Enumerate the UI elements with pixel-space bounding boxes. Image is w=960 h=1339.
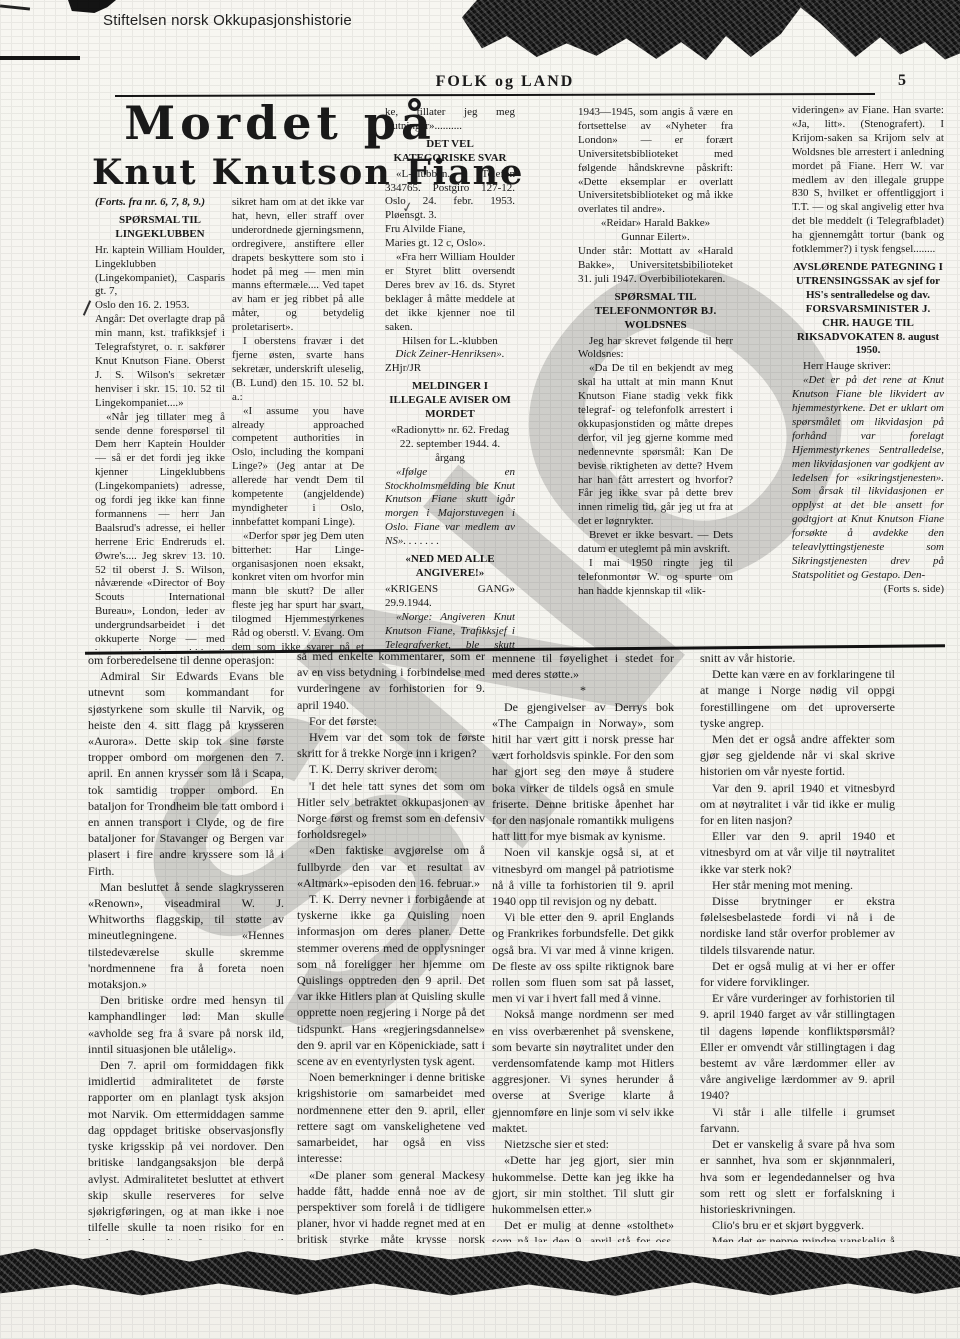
top-column-3: ke, tillater jeg meg slutninger»........… xyxy=(385,106,515,652)
paragraph: «Det er på det rene at Knut Knutson Fian… xyxy=(792,374,944,583)
paragraph: «Derfor spør jeg Dem uten bitterhet: Har… xyxy=(232,530,364,652)
paragraph: (Forts. fra nr. 6, 7, 8, 9.) xyxy=(95,196,225,210)
paragraph: Dick Zeiner-Henriksen». xyxy=(385,348,515,362)
stray-pen-mark xyxy=(83,300,91,315)
paragraph: De gjengivelser av Derrys bok «The Campa… xyxy=(492,699,674,845)
paragraph: SPØRSMAL TIL TELEFONMONTØR BJ. WOLDSNES xyxy=(578,291,733,333)
paragraph: SPØRSMAL TIL LINGEKLUBBEN xyxy=(95,214,225,242)
paragraph: Fru Alvilde Fiane, xyxy=(385,223,515,237)
paragraph: Under står: Mottatt av «Harald Bakke», U… xyxy=(578,245,733,287)
paragraph: * xyxy=(492,682,674,698)
bottom-column-3: mennene til føyelighet i stedet for med … xyxy=(492,650,674,1242)
paragraph: Angår: Det overlagte drap på min mann, k… xyxy=(95,313,225,410)
paragraph: «Norge: Angiveren Knut Knutson Fiane, Tr… xyxy=(385,611,515,652)
top-column-5: videringen» av Fiane. Han svarte: «Ja, l… xyxy=(792,104,944,642)
paragraph: snitt av vår historie. xyxy=(700,650,895,666)
paragraph: ke, tillater jeg meg slutninger»........… xyxy=(385,106,515,134)
masthead-title: FOLK og LAND xyxy=(390,73,620,91)
paragraph: Vi står i alle tilfelle i grumset farvan… xyxy=(700,1104,895,1136)
paragraph: T. K. Derry skriver derom: xyxy=(297,761,485,777)
bottom-column-4: snitt av vår historie.Dette kan være en … xyxy=(700,650,895,1242)
paragraph: «Radionytt» nr. 62. Fredag 22. september… xyxy=(385,424,515,466)
scan-edge-mark xyxy=(0,4,30,10)
paragraph: Jeg har skrevet følgende til herr Woldsn… xyxy=(578,335,733,363)
paragraph: Er våre vurderinger av forhistorien til … xyxy=(700,990,895,1103)
top-column-4: 1943—1945, som angis å være en fortsette… xyxy=(578,106,733,654)
paragraph: «Reidar» Harald Bakke» xyxy=(578,217,733,231)
paragraph: «Når jeg tillater meg å sende denne fore… xyxy=(95,411,225,650)
paragraph: I mai 1950 ringte jeg til telefonmontør … xyxy=(578,557,733,599)
paragraph: om forberedelsene til denne operasjon: xyxy=(88,652,284,668)
paragraph: «Den faktiske avgjørelse om å fullbyrde … xyxy=(297,842,485,891)
paragraph: Nietzsche sier et sted: xyxy=(492,1136,674,1152)
paragraph: Nokså mange nordmenn ser med en viss ove… xyxy=(492,1006,674,1136)
paragraph: Brevet er ikke besvart. — Dets datum er … xyxy=(578,529,733,557)
scanned-newspaper-page: Stiftelsen norsk Okkupasjonshistorie FOL… xyxy=(0,0,960,1339)
paragraph: «KRIGENS GANG» 29.9.1944. xyxy=(385,583,515,611)
paragraph: videringen» av Fiane. Han svarte: «Ja, l… xyxy=(792,104,944,257)
paragraph: Admiral Sir Edwards Evans ble utnevnt so… xyxy=(88,668,284,879)
paragraph: «Dette har jeg gjort, sier min hukommels… xyxy=(492,1152,674,1217)
paragraph: Hvem var det som tok de første skritt fo… xyxy=(297,729,485,761)
paragraph: DET VEL KATEGORISKE SVAR xyxy=(385,138,515,166)
paragraph: Clio's bru er et skjørt byggverk. xyxy=(700,1217,895,1233)
top-column-1: (Forts. fra nr. 6, 7, 8, 9.)SPØRSMAL TIL… xyxy=(95,196,225,650)
paragraph: «De planer som general Mackesy hadde fåt… xyxy=(297,1167,485,1245)
paragraph: «Da De til en bekjendt av meg skal ha ut… xyxy=(578,362,733,529)
paragraph: Det er også mulig at vi her er offer for… xyxy=(700,958,895,990)
paragraph: T. K. Derry nevner i forbigående at tysk… xyxy=(297,891,485,1069)
paragraph: ZHjr/JR xyxy=(385,362,515,376)
paragraph: Gunnar Eilert». xyxy=(578,231,733,245)
paragraph: (Forts s. side) xyxy=(792,583,944,597)
archive-stamp: Stiftelsen norsk Okkupasjonshistorie xyxy=(103,12,352,29)
paragraph: Den britiske ordre med hensyn til kampha… xyxy=(88,992,284,1057)
torn-photo-strip xyxy=(462,0,960,62)
paragraph: «Ifølge en Stockholmsmelding ble Knut Kn… xyxy=(385,466,515,549)
paragraph: Den 7. april om formiddagen fikk imidler… xyxy=(88,1057,284,1240)
paragraph: Det er vanskelig å svare på hva som er s… xyxy=(700,1136,895,1217)
paragraph: Hilsen for L.-klubben xyxy=(385,335,515,349)
paragraph: 1943—1945, som angis å være en fortsette… xyxy=(578,106,733,217)
left-edge-rule xyxy=(0,56,80,60)
page-number: 5 xyxy=(898,72,906,90)
paragraph: mennene til føyelighet i stedet for med … xyxy=(492,650,674,682)
paragraph: Men det er neppe mindre vanskelig å gi s… xyxy=(700,1233,895,1242)
paragraph: Noen vil kanskje også si, at et vitnesby… xyxy=(492,844,674,909)
paragraph: Eller var den 9. april 1940 et vitnesbyr… xyxy=(700,828,895,877)
paragraph: «NED MED ALLE ANGIVERE!» xyxy=(385,553,515,581)
bottom-scan-strip xyxy=(0,1246,960,1298)
paragraph: Hr. kaptein William Houlder, Lingeklubbe… xyxy=(95,244,225,300)
paragraph: så med enkelte kommentarer, som er av en… xyxy=(297,648,485,713)
paragraph: MELDINGER I ILLEGALE AVISER OM MORDET xyxy=(385,380,515,422)
paragraph: «I assume you have already approached co… xyxy=(232,405,364,530)
paragraph: Oslo den 16. 2. 1953. xyxy=(95,299,225,313)
top-column-2: sikret ham om at det ikke var hat, hevn,… xyxy=(232,196,364,652)
paragraph: Man besluttet å sende slagkrysseren «Ren… xyxy=(88,879,284,992)
paragraph: 'I det hele tatt synes det som om Hitler… xyxy=(297,778,485,843)
paragraph: Det er mulig at denne «stolthet» som nå … xyxy=(492,1217,674,1242)
paragraph: Var den 9. april 1940 et vitnesbyrd om a… xyxy=(700,780,895,829)
paragraph: I oberstens fravær i det fjerne østen, s… xyxy=(232,335,364,405)
bottom-column-1: om forberedelsene til denne operasjon:Ad… xyxy=(88,652,284,1240)
paragraph: AVSLØRENDE PATEGNING I UTRENSINGSSAK av … xyxy=(792,261,944,358)
paragraph: For det første: xyxy=(297,713,485,729)
paragraph: Noen bemerkninger i denne britiske krigs… xyxy=(297,1069,485,1166)
paragraph: Dette kan være en av forklaringene til a… xyxy=(700,666,895,731)
paragraph: Maries gt. 12 c, Oslo». xyxy=(385,237,515,251)
paragraph: Her står mening mot mening. xyxy=(700,877,895,893)
paragraph: sikret ham om at det ikke var hat, hevn,… xyxy=(232,196,364,335)
paragraph: Herr Hauge skriver: xyxy=(792,360,944,374)
paragraph: «Fra herr William Houlder er Styret blit… xyxy=(385,251,515,334)
paragraph: Disse brytninger er ekstra følelsesbelas… xyxy=(700,893,895,958)
bottom-column-2: så med enkelte kommentarer, som er av en… xyxy=(297,648,485,1244)
paragraph: Vi ble etter den 9. april Englands og Fr… xyxy=(492,909,674,1006)
paragraph: Men det er også andre affekter som gjør … xyxy=(700,731,895,780)
